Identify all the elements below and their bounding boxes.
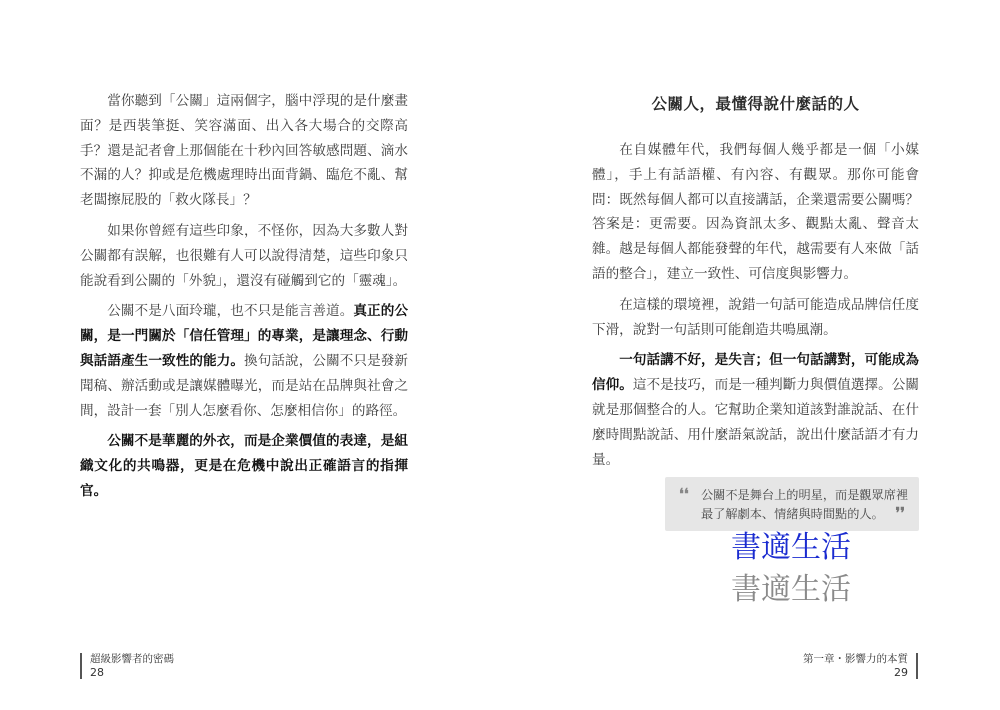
paragraph: 在這樣的環境裡，說錯一句話可能造成品牌信任度下滑，說對一句話則可能創造共鳴風潮。 xyxy=(592,293,919,343)
body-text: 在自媒體年代，我們每個人幾乎都是一個「小媒體」，手上有話語權、有內容、有觀眾。那… xyxy=(592,142,919,282)
paragraph: 當你聽到「公關」這兩個字，腦中浮現的是什麼畫面？是西裝筆挺、笑容滿面、出入各大場… xyxy=(80,89,408,213)
pull-quote: ❛❛ 公關不是舞台上的明星，而是觀眾席裡 最了解劇本、情緒與時間點的人。 ❜❜ xyxy=(665,477,919,531)
right-page-footer: 第一章・影響力的本質 29 xyxy=(803,653,918,679)
bold-text: 公關不是華麗的外衣，而是企業價值的表達，是組織文化的共鳴器，更是在危機中說出正確… xyxy=(80,433,408,499)
left-page: 當你聽到「公關」這兩個字，腦中浮現的是什麼畫面？是西裝筆挺、笑容滿面、出入各大場… xyxy=(0,0,500,710)
paragraph: 公關不是八面玲瓏，也不只是能言善道。真正的公關，是一門關於「信任管理」的專業，是… xyxy=(80,299,408,423)
pull-quote-line-1: 公關不是舞台上的明星，而是觀眾席裡 xyxy=(701,486,908,505)
book-title: 超級影響者的密碼 xyxy=(90,653,174,666)
right-page-body: 在自媒體年代，我們每個人幾乎都是一個「小媒體」，手上有話語權、有內容、有觀眾。那… xyxy=(592,138,919,478)
body-text: 當你聽到「公關」這兩個字，腦中浮現的是什麼畫面？是西裝筆挺、笑容滿面、出入各大場… xyxy=(80,93,408,208)
page-number: 29 xyxy=(803,666,908,679)
paragraph: 如果你曾經有這些印象，不怪你，因為大多數人對公關都有誤解，也很難有人可以說得清楚… xyxy=(80,219,408,293)
pull-quote-line-2: 最了解劇本、情緒與時間點的人。 xyxy=(701,505,884,524)
body-text: 如果你曾經有這些印象，不怪你，因為大多數人對公關都有誤解，也很難有人可以說得清楚… xyxy=(80,223,408,289)
watermark-gray: 書適生活 xyxy=(731,573,851,607)
paragraph: 公關不是華麗的外衣，而是企業價值的表達，是組織文化的共鳴器，更是在危機中說出正確… xyxy=(80,429,408,503)
watermark-blue: 書適生活 xyxy=(731,531,851,565)
page-number: 28 xyxy=(90,666,174,679)
left-page-footer: 超級影響者的密碼 28 xyxy=(80,653,174,679)
open-quote-icon: ❛❛ xyxy=(679,487,689,502)
body-text: 在這樣的環境裡，說錯一句話可能造成品牌信任度下滑，說對一句話則可能創造共鳴風潮。 xyxy=(592,297,919,338)
paragraph: 一句話講不好，是失言；但一句話講對，可能成為信仰。這不是技巧，而是一種判斷力與價… xyxy=(592,348,919,472)
section-heading: 公關人，最懂得說什麼話的人 xyxy=(592,92,919,114)
left-page-body: 當你聽到「公關」這兩個字，腦中浮現的是什麼畫面？是西裝筆挺、笑容滿面、出入各大場… xyxy=(80,89,408,510)
close-quote-icon: ❜❜ xyxy=(895,506,905,521)
chapter-title: 第一章・影響力的本質 xyxy=(803,653,908,666)
body-text: 這不是技巧，而是一種判斷力與價值選擇。公關就是那個整合的人。它幫助企業知道該對誰… xyxy=(592,377,919,467)
right-page: 公關人，最懂得說什麼話的人 在自媒體年代，我們每個人幾乎都是一個「小媒體」，手上… xyxy=(500,0,1000,710)
paragraph: 在自媒體年代，我們每個人幾乎都是一個「小媒體」，手上有話語權、有內容、有觀眾。那… xyxy=(592,138,919,287)
body-text: 公關不是八面玲瓏，也不只是能言善道。 xyxy=(107,303,353,319)
